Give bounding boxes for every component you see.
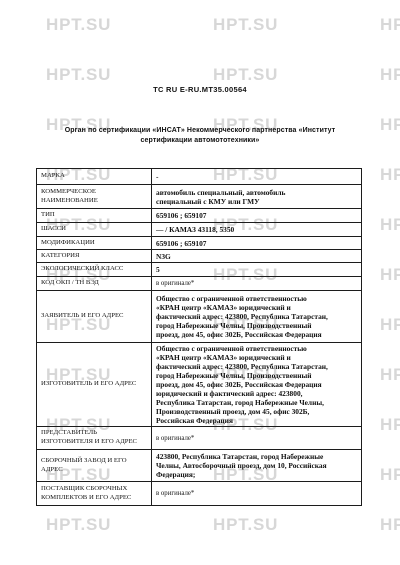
row-label: ТИП [37, 209, 152, 223]
row-value: в оригинале* [152, 482, 362, 506]
row-value: 659106 ; 659107 [152, 209, 362, 223]
row-value: 659106 ; 659107 [152, 237, 362, 250]
watermark-text: HPT.SU [46, 16, 111, 33]
table-row: СБОРОЧНЫЙ ЗАВОД И ЕГО АДРЕС423800, Респу… [37, 450, 362, 482]
table-row: КАТЕГОРИЯN3G [37, 250, 362, 263]
row-label: КОД ОКП / ТН ВЭД [37, 277, 152, 291]
row-value: 5 [152, 263, 362, 277]
table-row: ИЗГОТОВИТЕЛЬ И ЕГО АДРЕСОбщество с огран… [37, 343, 362, 427]
watermark-text: HPT.SU [380, 216, 400, 233]
watermark-text: HPT.SU [213, 16, 278, 33]
table-row: ЗАЯВИТЕЛЬ И ЕГО АДРЕСОбщество с ограниче… [37, 291, 362, 343]
row-label: ЭКОЛОГИЧЕСКИЙ КЛАСС [37, 263, 152, 277]
certification-body-line1: Орган по сертификации «ИНСАТ» Некоммерче… [0, 126, 400, 136]
document-page: HPT.SUHPT.SUHPT.SUHPT.SUHPT.SUHPT.SUHPT.… [0, 0, 400, 565]
row-value: автомобиль специальный, автомобиль специ… [152, 185, 362, 209]
watermark-text: HPT.SU [380, 516, 400, 533]
row-label: КОММЕРЧЕСКОЕ НАИМЕНОВАНИЕ [37, 185, 152, 209]
row-value: в оригинале* [152, 427, 362, 450]
row-label: ЗАЯВИТЕЛЬ И ЕГО АДРЕС [37, 291, 152, 343]
row-value: в оригинале* [152, 277, 362, 291]
watermark-text: HPT.SU [380, 366, 400, 383]
table-row: ПРЕДСТАВИТЕЛЬ ИЗГОТОВИТЕЛЯ И ЕГО АДРЕСв … [37, 427, 362, 450]
doc-number: ТС RU E-RU.МТ35.00564 [0, 85, 400, 94]
watermark-text: HPT.SU [380, 416, 400, 433]
spec-table-body: МАРКА-КОММЕРЧЕСКОЕ НАИМЕНОВАНИЕавтомобил… [37, 169, 362, 506]
table-row: ЭКОЛОГИЧЕСКИЙ КЛАСС5 [37, 263, 362, 277]
row-value: 423800, Республика Татарстан, город Набе… [152, 450, 362, 482]
certification-body-line2: сертификации автомототехники» [0, 136, 400, 146]
row-label: КАТЕГОРИЯ [37, 250, 152, 263]
table-row: ШАССИ— / КАМАЗ 43118, 5350 [37, 223, 362, 237]
table-row: КОММЕРЧЕСКОЕ НАИМЕНОВАНИЕавтомобиль спец… [37, 185, 362, 209]
row-label: ШАССИ [37, 223, 152, 237]
watermark-text: HPT.SU [213, 66, 278, 83]
watermark-text: HPT.SU [46, 516, 111, 533]
watermark-text: HPT.SU [213, 516, 278, 533]
table-row: МАРКА- [37, 169, 362, 185]
table-row: КОД ОКП / ТН ВЭДв оригинале* [37, 277, 362, 291]
row-label: СБОРОЧНЫЙ ЗАВОД И ЕГО АДРЕС [37, 450, 152, 482]
row-value: Общество с ограниченной ответственностью… [152, 291, 362, 343]
watermark-text: HPT.SU [380, 166, 400, 183]
vehicle-spec-table: МАРКА-КОММЕРЧЕСКОЕ НАИМЕНОВАНИЕавтомобил… [36, 168, 362, 506]
row-label: МАРКА [37, 169, 152, 185]
table-row: ТИП659106 ; 659107 [37, 209, 362, 223]
watermark-text: HPT.SU [380, 16, 400, 33]
certification-body: Орган по сертификации «ИНСАТ» Некоммерче… [0, 126, 400, 145]
row-label: МОДИФИКАЦИИ [37, 237, 152, 250]
watermark-text: HPT.SU [380, 316, 400, 333]
watermark-text: HPT.SU [380, 266, 400, 283]
row-label: ПРЕДСТАВИТЕЛЬ ИЗГОТОВИТЕЛЯ И ЕГО АДРЕС [37, 427, 152, 450]
table-row: ПОСТАВЩИК СБОРОЧНЫХ КОМПЛЕКТОВ И ЕГО АДР… [37, 482, 362, 506]
row-value: — / КАМАЗ 43118, 5350 [152, 223, 362, 237]
row-value: N3G [152, 250, 362, 263]
row-value: - [152, 169, 362, 185]
row-value: Общество с ограниченной ответственностью… [152, 343, 362, 427]
watermark-text: HPT.SU [380, 466, 400, 483]
watermark-text: HPT.SU [380, 66, 400, 83]
watermark-text: HPT.SU [46, 66, 111, 83]
row-label: ПОСТАВЩИК СБОРОЧНЫХ КОМПЛЕКТОВ И ЕГО АДР… [37, 482, 152, 506]
row-label: ИЗГОТОВИТЕЛЬ И ЕГО АДРЕС [37, 343, 152, 427]
table-row: МОДИФИКАЦИИ659106 ; 659107 [37, 237, 362, 250]
